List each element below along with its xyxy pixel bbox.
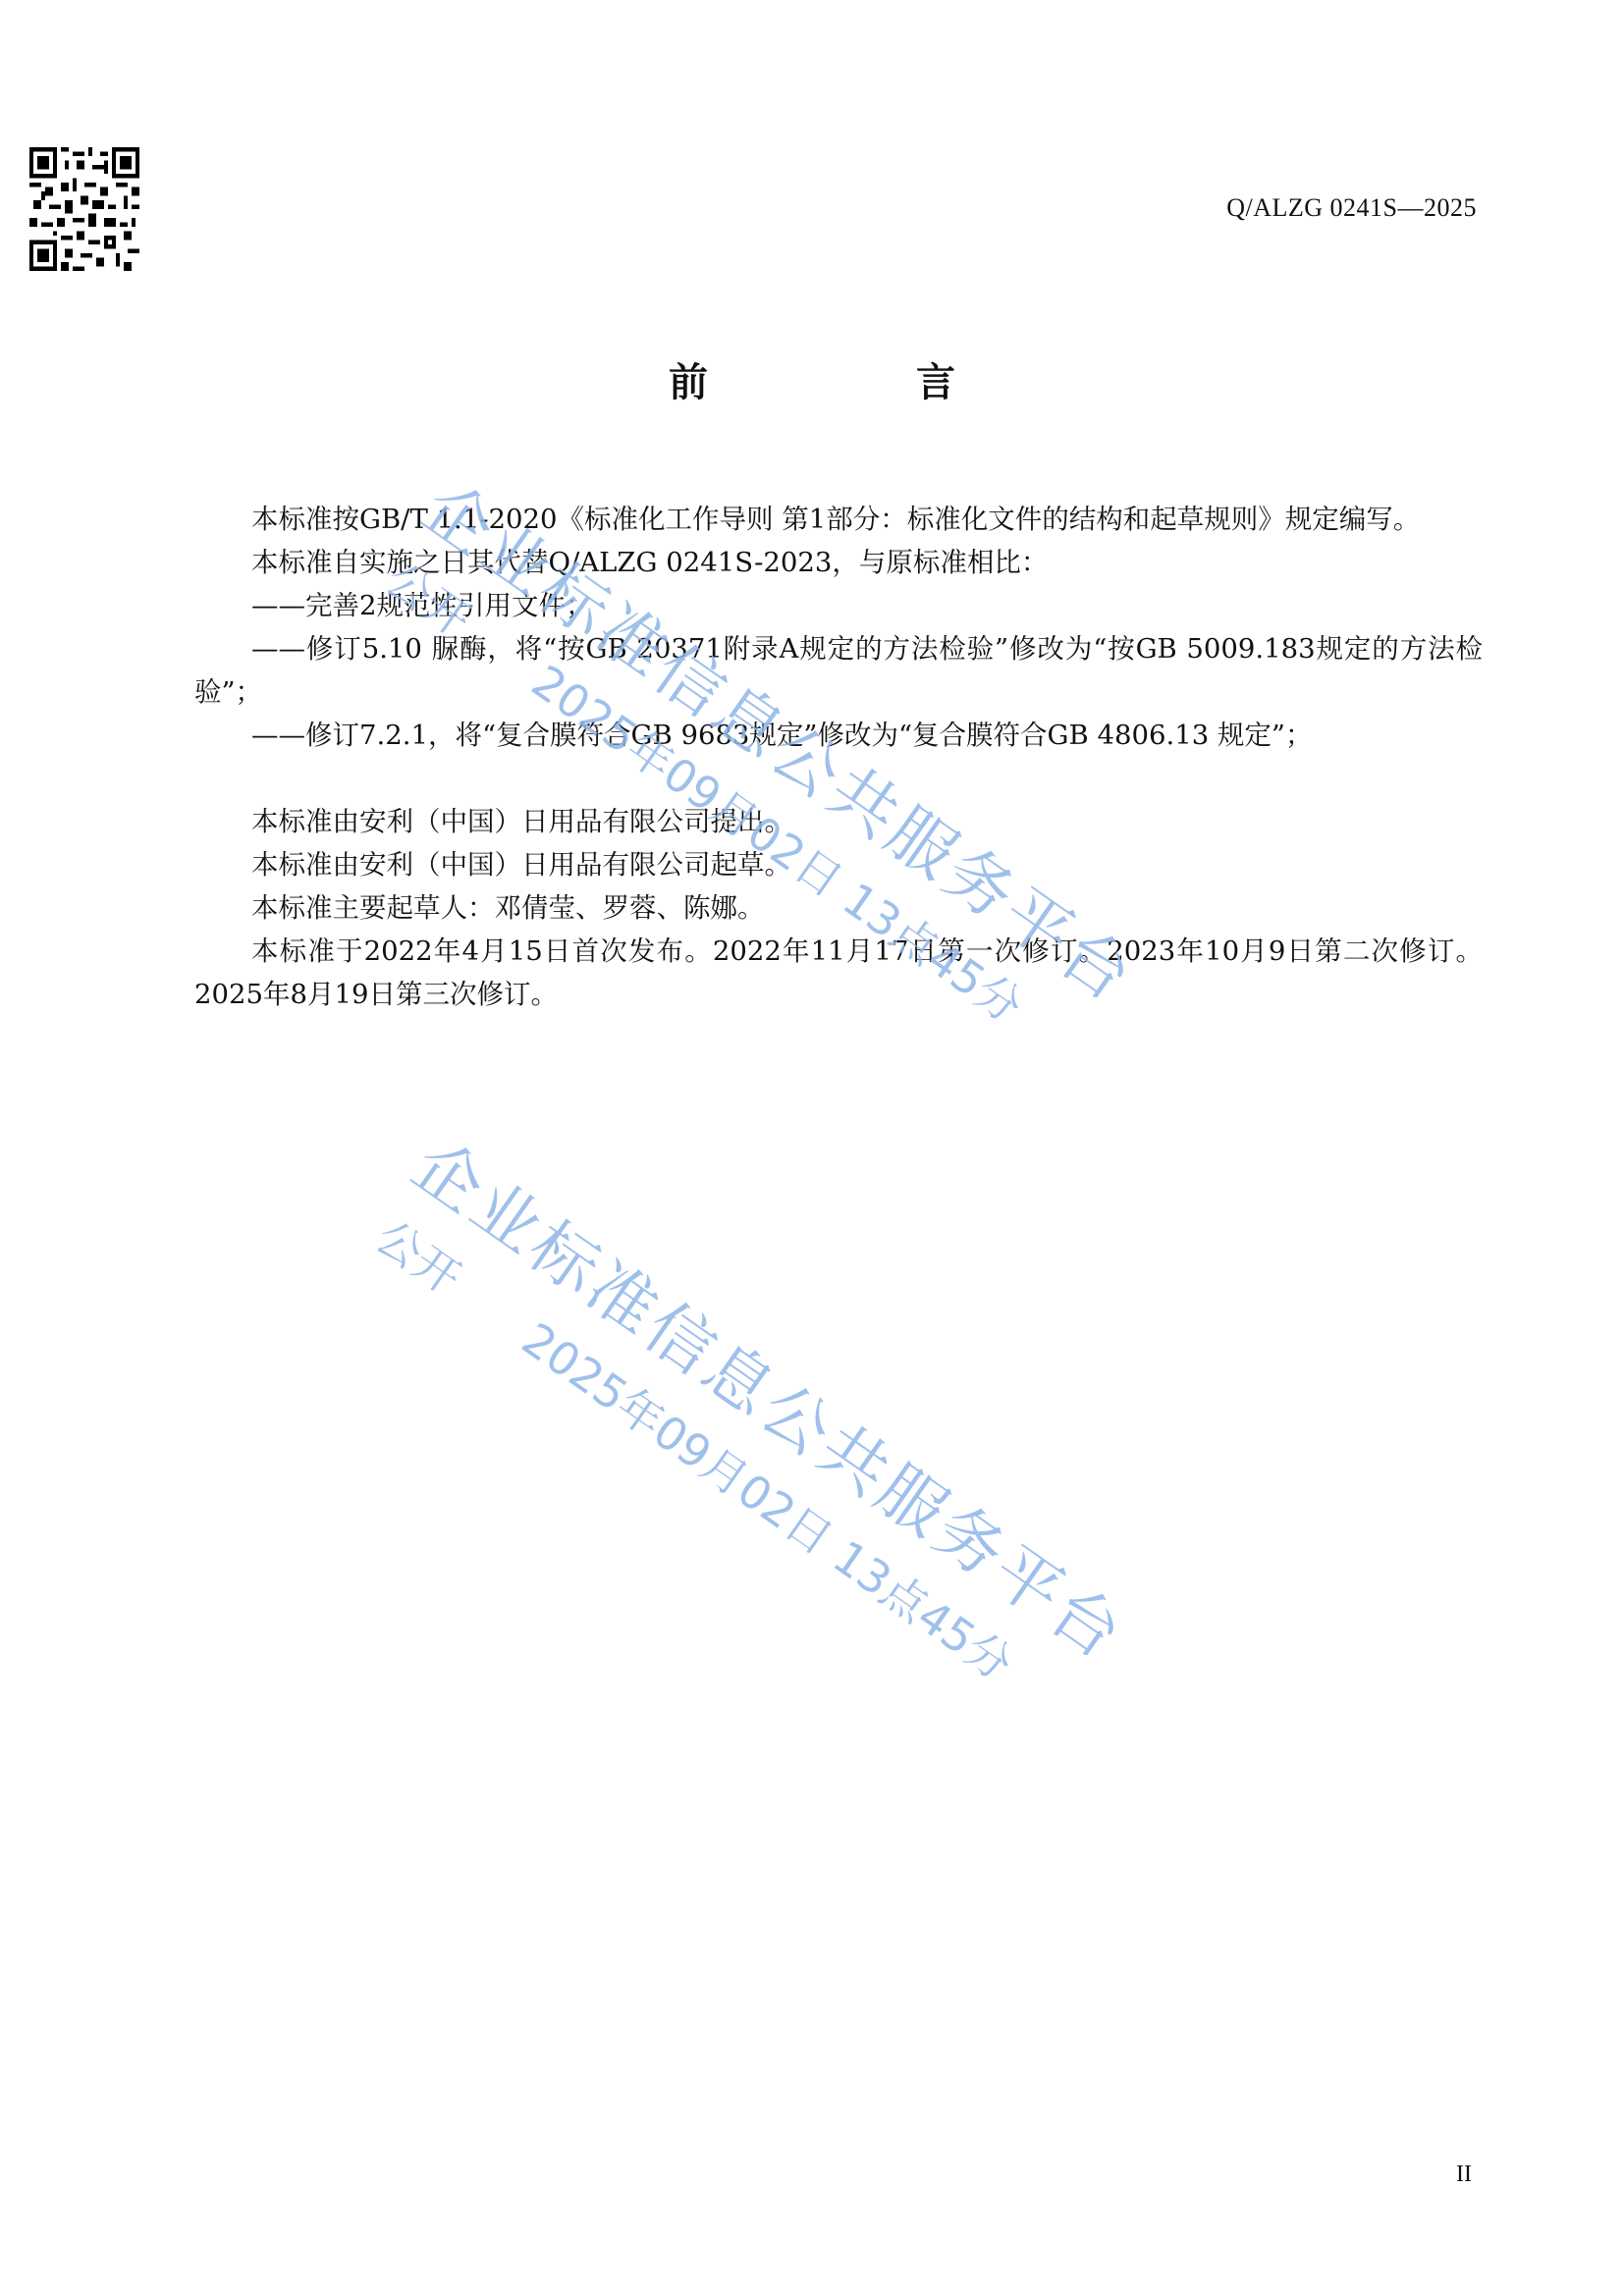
- paragraph-drafter-org: 本标准由安利（中国）日用品有限公司起草。: [194, 843, 1483, 886]
- page-number: II: [1456, 2162, 1472, 2188]
- watermark-2: 企业标准信息公共服务平台 公开2025年09月02日 13点45分: [356, 1114, 1147, 1736]
- standard-code: Q/ALZG 0241S—2025: [1226, 193, 1477, 223]
- paragraph-proposer: 本标准由安利（中国）日用品有限公司提出。: [194, 800, 1483, 843]
- change-item-1: ——完善2规范性引用文件；: [194, 584, 1483, 627]
- change-item-3: ——修订7.2.1，将“复合膜符合GB 9683规定”修改为“复合膜符合GB 4…: [194, 714, 1483, 757]
- paragraph-replaces: 本标准自实施之日其代替Q/ALZG 0241S-2023，与原标准相比：: [194, 541, 1483, 584]
- watermark-datetime: 2025年09月02日 13点45分: [513, 1312, 1022, 1691]
- watermark-public-date: 公开2025年09月02日 13点45分: [364, 1202, 1088, 1736]
- blank-line: [194, 757, 1483, 800]
- watermark-platform-text: 企业标准信息公共服务平台: [397, 1114, 1146, 1679]
- page-title: 前言: [0, 351, 1624, 407]
- qr-code-icon: [29, 147, 139, 271]
- foreword-body: 本标准按GB/T 1.1-2020《标准化工作导则 第1部分：标准化文件的结构和…: [194, 498, 1483, 1016]
- watermark-public: 公开: [366, 1209, 470, 1305]
- change-item-2: ——修订5.10 脲酶，将“按GB 20371附录A规定的方法检验”修改为“按G…: [194, 627, 1483, 714]
- paragraph-drafters: 本标准主要起草人：邓倩莹、罗蓉、陈娜。: [194, 886, 1483, 930]
- title-char-2: 言: [916, 351, 955, 407]
- paragraph-history: 本标准于2022年4月15日首次发布。2022年11月17日第一次修订。2023…: [194, 930, 1483, 1016]
- title-char-1: 前: [669, 351, 708, 407]
- paragraph-drafting-rule: 本标准按GB/T 1.1-2020《标准化工作导则 第1部分：标准化文件的结构和…: [194, 498, 1483, 541]
